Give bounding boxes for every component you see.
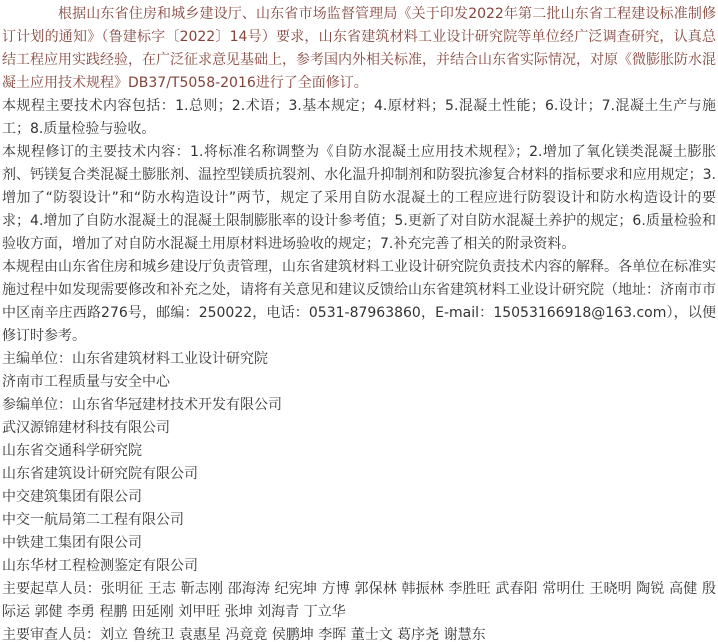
reviewers-line: 主要审查人员：刘立 鲁统卫 袁惠星 冯竟竟 侯鹏坤 李晖 董士文 葛序尧 谢慧东 [2,624,716,642]
standard-preface-document: 根据山东省住房和城乡建设厅、山东省市场监督管理局《关于印发2022年第二批山东省… [0,0,718,642]
management-feedback-paragraph: 本规程由山东省住房和城乡建设厅负责管理，山东省建筑材料工业设计研究院负责技术内容… [2,256,716,348]
revision-summary-paragraph: 本规程修订的主要技术内容：1.将标准名称调整为《自防水混凝土应用技术规程》；2.… [2,141,716,256]
drafters-line: 主要起草人员：张明征 王志 靳志刚 邵海涛 纪宪坤 方博 郭保林 韩振林 李胜旺… [2,578,716,624]
participating-unit-line: 中交建筑集团有限公司 [2,486,716,509]
participating-unit-line: 山东华材工程检测鉴定有限公司 [2,555,716,578]
contents-overview-paragraph: 本规程主要技术内容包括：1.总则；2.术语；3.基本规定；4.原材料；5.混凝土… [2,95,716,141]
preface-intro-paragraph: 根据山东省住房和城乡建设厅、山东省市场监督管理局《关于印发2022年第二批山东省… [2,3,716,95]
participating-unit-line: 山东省交通科学研究院 [2,440,716,463]
participating-unit-line: 参编单位：山东省华冠建材技术开发有限公司 [2,394,716,417]
chief-editing-unit-line-2: 济南市工程质量与安全中心 [2,371,716,394]
participating-unit-line: 中交一航局第二工程有限公司 [2,509,716,532]
participating-unit-line: 武汉源锦建材科技有限公司 [2,417,716,440]
participating-unit-line: 中铁建工集团有限公司 [2,532,716,555]
chief-editing-unit-line: 主编单位：山东省建筑材料工业设计研究院 [2,348,716,371]
participating-unit-line: 山东省建筑设计研究院有限公司 [2,463,716,486]
